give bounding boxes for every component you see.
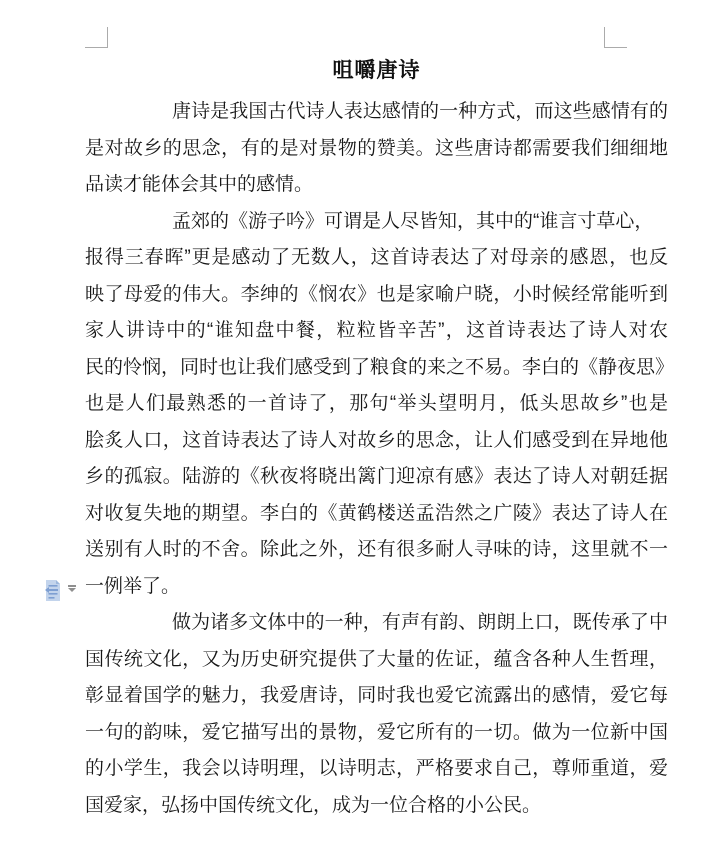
text-line: 彰显着国学的魅力，我爱唐诗，同时我也爱它流露出的感情，爱它每 xyxy=(85,678,668,715)
text-line: 家人讲诗中的“谁知盘中餐，粒粒皆辛苦”，这首诗表达了诗人对农 xyxy=(85,313,668,350)
paragraph-style-widget[interactable] xyxy=(45,579,77,603)
text-line: 孟郊的《游子吟》可谓是人尽皆知，其中的“谁言寸草心， xyxy=(85,204,668,241)
text-line: 脍炙人口，这首诗表达了诗人对故乡的思念，让人们感受到在异地他 xyxy=(85,423,668,460)
text-line: 的小学生，我会以诗明理，以诗明志，严格要求自己，尊师重道，爱 xyxy=(85,751,668,788)
text-line: 映了母爱的伟大。李绅的《悯农》也是家喻户晓，小时候经常能听到 xyxy=(85,277,668,314)
margin-crop-mark-top-left xyxy=(85,27,108,48)
text-line: 也是人们最熟悉的一首诗了，那句“举头望明月，低头思故乡”也是 xyxy=(85,386,668,423)
dropdown-triangle xyxy=(68,588,76,592)
dropdown-arrow-icon[interactable] xyxy=(68,585,76,593)
document-title: 咀嚼唐诗 xyxy=(85,55,668,87)
text-line: 做为诸多文体中的一种，有声有韵、朗朗上口，既传承了中 xyxy=(85,605,668,642)
text-line: 品读才能体会其中的感情。 xyxy=(85,167,668,204)
text-line: 唐诗是我国古代诗人表达感情的一种方式，而这些感情有的 xyxy=(85,94,668,131)
text-line: 一句的韵味，爱它描写出的景物，爱它所有的一切。做为一位新中国 xyxy=(85,715,668,752)
text-line: 送别有人时的不舍。除此之外，还有很多耐人寻味的诗，这里就不一 xyxy=(85,532,668,569)
document-text-area[interactable]: 唐诗是我国古代诗人表达感情的一种方式，而这些感情有的 是对故乡的思念，有的是对景… xyxy=(85,94,668,824)
margin-crop-mark-top-right xyxy=(604,27,627,48)
text-line: 报得三春晖”更是感动了无数人，这首诗表达了对母亲的感恩，也反 xyxy=(85,240,668,277)
text-line: 乡的孤寂。陆游的《秋夜将晓出篱门迎凉有感》表达了诗人对朝廷据 xyxy=(85,459,668,496)
text-line: 民的怜悯，同时也让我们感受到了粮食的来之不易。李白的《静夜思》 xyxy=(85,350,668,387)
text-line: 国传统文化，又为历史研究提供了大量的佐证，蕴含各种人生哲理， xyxy=(85,642,668,679)
text-line: 对收复失地的期望。李白的《黄鹤楼送孟浩然之广陵》表达了诗人在 xyxy=(85,496,668,533)
document-page: 咀嚼唐诗 唐诗是我国古代诗人表达感情的一种方式，而这些感情有的 是对故乡的思念，… xyxy=(0,0,712,862)
document-style-icon[interactable] xyxy=(45,579,61,602)
dropdown-bar xyxy=(68,585,76,587)
text-line: 国爱家，弘扬中国传统文化，成为一位合格的小公民。 xyxy=(85,788,668,825)
text-line: 是对故乡的思念，有的是对景物的赞美。这些唐诗都需要我们细细地 xyxy=(85,131,668,168)
text-line: 一例举了。 xyxy=(85,569,668,606)
